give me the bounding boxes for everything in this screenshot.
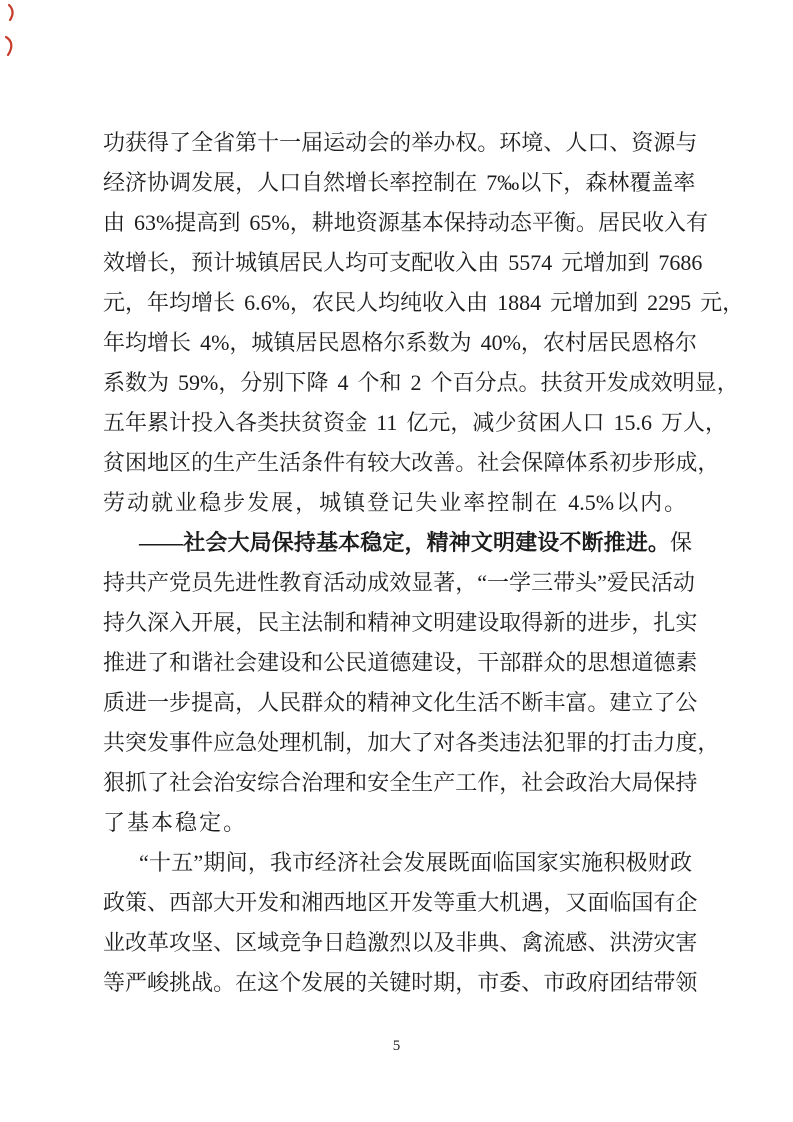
char: ， [235, 692, 257, 714]
char: 个 [279, 972, 301, 994]
char: 系 [587, 452, 609, 474]
char: 德 [653, 652, 675, 674]
char: 贫 [301, 412, 323, 434]
char: 民 [279, 692, 301, 714]
char: 禽 [521, 932, 543, 954]
char: ， [631, 612, 653, 634]
char: 衡 [554, 212, 576, 234]
char: 发 [411, 892, 433, 914]
char: 40% [481, 332, 521, 354]
char: 安 [367, 772, 389, 794]
char: 面 [587, 892, 609, 914]
char: 与 [675, 132, 697, 154]
char: 立 [631, 692, 653, 714]
char: 贫 [516, 412, 538, 434]
bold-char: 设 [537, 532, 559, 554]
char: 活 [279, 452, 301, 474]
char: 西 [169, 892, 191, 914]
char: 趋 [345, 932, 367, 954]
char: ” [193, 852, 203, 874]
char: 公 [323, 652, 345, 674]
char: 调 [169, 172, 191, 194]
char: 长 [147, 252, 169, 274]
char: 生 [411, 772, 433, 794]
char: 得 [147, 132, 169, 154]
char: 区 [367, 892, 389, 914]
char: 竞 [279, 932, 301, 954]
char: 取 [499, 612, 521, 634]
char: 11 [376, 412, 397, 434]
char: 群 [301, 692, 323, 714]
char: 系 [103, 372, 125, 394]
char: 机 [499, 892, 521, 914]
char: 社 [359, 852, 381, 874]
char: 保 [521, 452, 543, 474]
char: ， [697, 732, 719, 754]
char: 贫 [103, 452, 125, 474]
bold-char: 本 [338, 532, 360, 554]
char: 持 [103, 572, 125, 594]
char: 进 [587, 612, 609, 634]
char: 经 [103, 172, 125, 194]
char: ， [717, 372, 739, 394]
char: 害 [675, 932, 697, 954]
red-pen-marks [2, 2, 32, 62]
char: 尔 [675, 332, 697, 354]
text-line: 元，年均增长6.6%，农民人均纯收入由1884元增加到2295元， [103, 283, 692, 323]
char: 4 [337, 372, 348, 394]
char: 委 [499, 972, 521, 994]
char: 德 [389, 652, 411, 674]
char: 收 [433, 252, 455, 274]
char: 生 [213, 452, 235, 474]
char: 数 [428, 332, 450, 354]
char: 居 [587, 332, 609, 354]
char: 林 [607, 172, 629, 194]
char: 富 [565, 692, 587, 714]
char: 1884 [497, 292, 541, 314]
char: 入 [169, 612, 191, 634]
char: 日 [323, 932, 345, 954]
bold-char: 定 [382, 532, 404, 554]
char: 困 [125, 452, 147, 474]
char: 年 [103, 332, 125, 354]
char: 改 [125, 932, 147, 954]
char: 众 [323, 692, 345, 714]
char: 动 [345, 132, 367, 154]
char: 、 [543, 132, 565, 154]
char: 局 [631, 772, 653, 794]
char: 家 [537, 852, 559, 874]
char: 等 [433, 892, 455, 914]
char: 推 [103, 652, 125, 674]
char: 权 [455, 132, 477, 154]
char: 稳 [199, 492, 221, 514]
char: 。 [455, 452, 477, 474]
char: 贫 [563, 372, 585, 394]
char: 收 [642, 212, 664, 234]
char: 开 [191, 612, 213, 634]
char: 可 [367, 252, 389, 274]
char: 临 [492, 852, 514, 874]
char: 大 [609, 772, 631, 794]
char: 业 [175, 492, 197, 514]
bold-char: — [161, 532, 183, 554]
text-line: 业改革攻坚、区域竞争日趋激烈以及非典、禽流感、洪涝灾害 [103, 923, 692, 963]
char: 国 [514, 852, 536, 874]
char: 活 [477, 692, 499, 714]
char: 条 [301, 452, 323, 474]
char: 功 [103, 132, 125, 154]
char: 农 [543, 332, 565, 354]
bold-char: 不 [559, 532, 581, 554]
char: 个 [430, 372, 452, 394]
char: 7686 [658, 252, 702, 274]
char: 百 [453, 372, 475, 394]
char: 的 [565, 652, 587, 674]
char: 生 [257, 452, 279, 474]
char: 收 [422, 292, 444, 314]
char: 犯 [543, 732, 565, 754]
char: 动 [127, 492, 149, 514]
char: 资 [356, 212, 378, 234]
char: 众 [543, 652, 565, 674]
char: 发 [191, 172, 213, 194]
bold-char: 局 [250, 532, 272, 554]
char: 2 [410, 372, 421, 394]
char: 革 [147, 932, 169, 954]
body-text: 功获得了全省第十一届运动会的举办权。环境、人口、资源与经济协调发展，人口自然增长… [103, 123, 692, 1003]
char: ， [697, 452, 719, 474]
char: 基 [127, 812, 149, 834]
char: 展 [323, 972, 345, 994]
char: 59% [178, 372, 218, 394]
char: 届 [301, 132, 323, 154]
char: 全 [191, 132, 213, 154]
char: 时 [411, 972, 433, 994]
char: 非 [455, 932, 477, 954]
char: 保 [444, 212, 466, 234]
char: 镇 [343, 492, 365, 514]
char: 西 [323, 892, 345, 914]
bold-char: 。 [648, 532, 670, 554]
char: 结 [631, 972, 653, 994]
char: 三 [531, 572, 553, 594]
char: 建 [257, 652, 279, 674]
char: 教 [279, 572, 301, 594]
char: 治 [213, 772, 235, 794]
char: 治 [301, 772, 323, 794]
char: 业 [439, 492, 461, 514]
char: 府 [587, 972, 609, 994]
char: ， [290, 292, 312, 314]
char: 的 [389, 132, 411, 154]
char: 党 [169, 572, 191, 594]
char: 实 [675, 612, 697, 634]
char: 济 [337, 852, 359, 874]
char: 成 [675, 452, 697, 474]
char: 恩 [631, 332, 653, 354]
char: 大 [213, 892, 235, 914]
char: 获 [125, 132, 147, 154]
char: 团 [609, 972, 631, 994]
char: 成 [367, 572, 389, 594]
char: 等 [103, 972, 125, 994]
char: 减 [472, 412, 494, 434]
char: 积 [603, 852, 625, 874]
char: 挑 [169, 972, 191, 994]
char: 加 [367, 732, 389, 754]
char: 展 [426, 852, 448, 874]
char: 效 [651, 372, 673, 394]
char: 居 [279, 252, 301, 274]
char: 村 [565, 332, 587, 354]
char: 全 [389, 772, 411, 794]
text-line: 政策、西部大开发和湘西地区开发等重大机遇，又面临国有企 [103, 883, 692, 923]
char: 著 [433, 572, 455, 594]
char: 困 [538, 412, 560, 434]
char: 元 [550, 292, 572, 314]
text-line: 了基本稳定。 [103, 803, 692, 843]
char: 高 [213, 692, 235, 714]
char: 人 [683, 412, 705, 434]
char: 突 [125, 732, 147, 754]
char: 战 [191, 972, 213, 994]
char: 就 [151, 492, 173, 514]
char: 、 [587, 932, 609, 954]
char: 口 [583, 412, 605, 434]
char: 城 [251, 332, 273, 354]
char: 业 [103, 932, 125, 954]
char: 文 [411, 692, 433, 714]
bold-char: 神 [449, 532, 471, 554]
char: ， [499, 772, 521, 794]
char: 改 [411, 452, 433, 474]
char: 民 [629, 572, 651, 594]
char: 明 [433, 612, 455, 634]
char: 提 [191, 692, 213, 714]
char: 设 [279, 652, 301, 674]
char: 增 [583, 252, 605, 274]
char: 。 [664, 492, 686, 514]
char: 峻 [147, 972, 169, 994]
char: 、 [521, 972, 543, 994]
char: 件 [323, 452, 345, 474]
char: 。 [587, 692, 609, 714]
char: 发 [301, 972, 323, 994]
text-line: 系数为59%，分别下降4个和2个百分点。扶贫开发成效明显， [103, 363, 692, 403]
char: 格 [361, 332, 383, 354]
char: 入 [455, 252, 477, 274]
document-page: 功获得了全省第十一届运动会的举办权。环境、人口、资源与经济协调发展，人口自然增长… [0, 0, 793, 1122]
char: 制 [323, 612, 345, 634]
char: 境 [521, 132, 543, 154]
char: 员 [191, 572, 213, 594]
char: 均 [169, 292, 191, 314]
char: 点 [497, 372, 519, 394]
char: 然 [323, 172, 345, 194]
char: 打 [609, 732, 631, 754]
char: 综 [257, 772, 279, 794]
char: 制 [323, 732, 345, 754]
char: 事 [169, 732, 191, 754]
char: 到 [627, 252, 649, 274]
char: 均 [378, 292, 400, 314]
char: 件 [191, 732, 213, 754]
char: 大 [389, 452, 411, 474]
char: ” [597, 572, 607, 594]
char: 十 [149, 852, 171, 874]
char: 领 [675, 972, 697, 994]
char: 丰 [543, 692, 565, 714]
char: 烈 [389, 932, 411, 954]
char: 学 [509, 572, 531, 594]
char: 到 [218, 212, 240, 234]
char: 入 [213, 412, 235, 434]
char: 了 [103, 812, 125, 834]
char: 形 [653, 452, 675, 474]
char: 典 [477, 932, 499, 954]
char: 人 [323, 252, 345, 274]
char: 耕 [312, 212, 334, 234]
char: 长 [367, 172, 389, 194]
char: 投 [191, 412, 213, 434]
char: 由 [466, 292, 488, 314]
bold-char: 持 [294, 532, 316, 554]
char: 建 [609, 692, 631, 714]
char: 济 [125, 172, 147, 194]
char: 经 [314, 852, 336, 874]
char: 民 [620, 212, 642, 234]
char: 格 [653, 332, 675, 354]
char: 财 [648, 852, 670, 874]
char: 人 [565, 132, 587, 154]
char: 机 [301, 732, 323, 754]
char: 开 [235, 892, 257, 914]
char: 性 [257, 572, 279, 594]
char: 了 [411, 732, 433, 754]
char: 地 [147, 452, 169, 474]
char: 口 [279, 172, 301, 194]
char: 内 [640, 492, 662, 514]
char: 增 [125, 252, 147, 274]
char: 4.5% [568, 492, 614, 514]
char: 感 [565, 932, 587, 954]
char: 的 [587, 732, 609, 754]
char: 在 [235, 972, 257, 994]
char: 这 [257, 972, 279, 994]
char: 了 [147, 652, 169, 674]
char: 提 [174, 212, 196, 234]
char: 下 [284, 372, 306, 394]
bold-char: 保 [272, 532, 294, 554]
char: 入 [444, 292, 466, 314]
char: 大 [477, 892, 499, 914]
bold-char: 稳 [360, 532, 382, 554]
char: 和 [379, 372, 401, 394]
char: 会 [191, 772, 213, 794]
char: 保 [653, 772, 675, 794]
char: 资 [631, 132, 653, 154]
char: 镇 [273, 332, 295, 354]
char: 亿 [406, 412, 428, 434]
char: 爱 [607, 572, 629, 594]
char: 增 [147, 332, 169, 354]
char: 自 [301, 172, 323, 194]
char: 了 [147, 772, 169, 794]
char: 政 [670, 852, 692, 874]
char: 展 [213, 612, 235, 634]
char: 共 [125, 572, 147, 594]
char: 步 [631, 452, 653, 474]
char: 了 [653, 692, 675, 714]
char: 率 [673, 172, 695, 194]
char: “ [477, 572, 487, 594]
char: 效 [103, 252, 125, 274]
char: 政 [565, 772, 587, 794]
char: 合 [279, 772, 301, 794]
char: 狠 [103, 772, 125, 794]
char: ， [235, 172, 257, 194]
char: 久 [125, 612, 147, 634]
char: 个 [357, 372, 379, 394]
char: 、 [499, 932, 521, 954]
char: 均 [345, 252, 367, 274]
char: 神 [389, 612, 411, 634]
char: 环 [499, 132, 521, 154]
char: 类 [257, 412, 279, 434]
char: 发 [607, 372, 629, 394]
char: 基 [400, 212, 422, 234]
char: 城 [235, 252, 257, 274]
char: 障 [543, 452, 565, 474]
char: 处 [257, 732, 279, 754]
char: 社 [477, 452, 499, 474]
char: 制 [511, 492, 533, 514]
bold-char: 断 [581, 532, 603, 554]
char: 进 [125, 652, 147, 674]
char: 政 [103, 892, 125, 914]
char: ， [455, 972, 477, 994]
char: 施 [581, 852, 603, 874]
char: 和 [345, 612, 367, 634]
char: 活 [651, 572, 673, 594]
char: 极 [626, 852, 648, 874]
char: 系 [406, 332, 428, 354]
char: 、 [213, 932, 235, 954]
char: 我 [270, 852, 292, 874]
char: 少 [494, 412, 516, 434]
char: 神 [389, 692, 411, 714]
char: 分 [240, 372, 262, 394]
char: 7‰ [486, 172, 519, 194]
char: 产 [235, 452, 257, 474]
char: 5574 [508, 252, 552, 274]
char: 有 [345, 452, 367, 474]
char: 化 [433, 692, 455, 714]
char: ， [295, 492, 317, 514]
char: 动 [673, 572, 695, 594]
char: 头 [575, 572, 597, 594]
char: 坚 [191, 932, 213, 954]
char: 。 [519, 372, 541, 394]
char: 发 [147, 732, 169, 754]
char: 2295 [647, 292, 691, 314]
text-line: ——社会大局保持基本稳定，精神文明建设不断推进。保 [103, 523, 692, 563]
char: 的 [345, 692, 367, 714]
char: 运 [323, 132, 345, 154]
char: 人 [257, 692, 279, 714]
